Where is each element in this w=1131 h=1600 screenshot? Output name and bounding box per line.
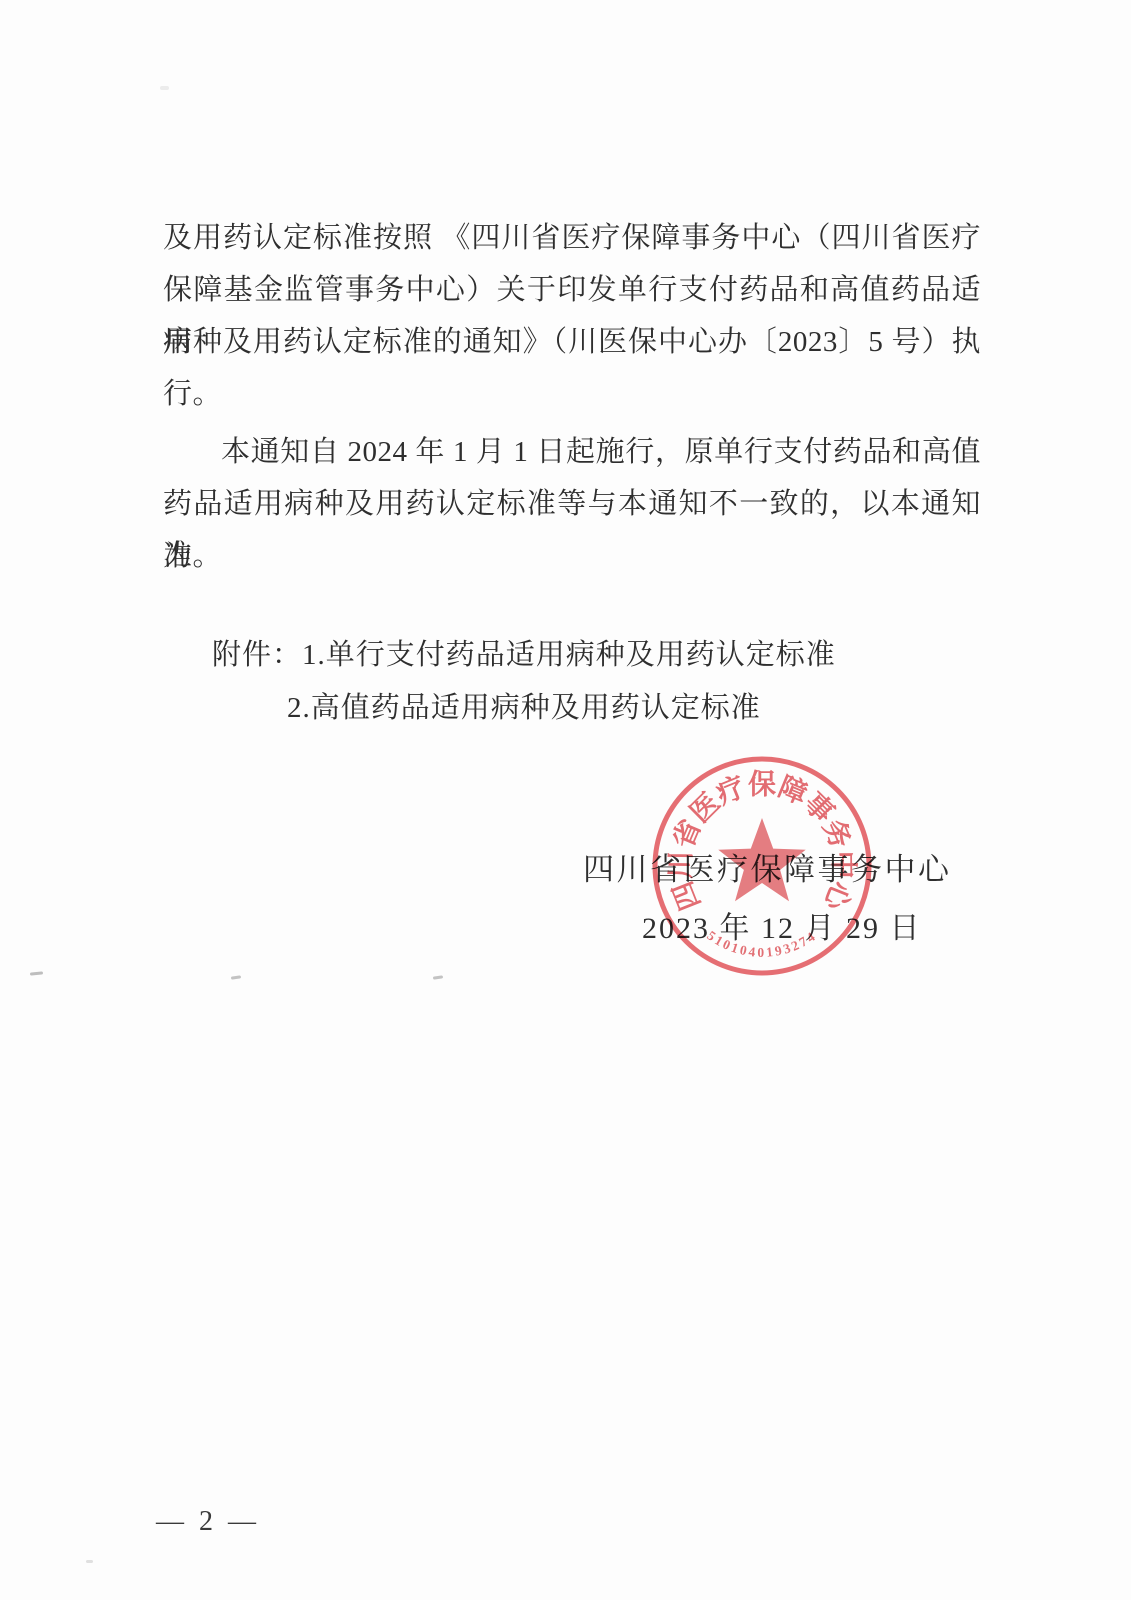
paragraph-line: 行。 <box>163 368 981 420</box>
document-page: 及用药认定标准按照 《四川省医疗保障事务中心（四川省医疗 保障基金监管事务中心）… <box>0 0 1131 1600</box>
paragraph-line: 及用药认定标准按照 《四川省医疗保障事务中心（四川省医疗 <box>163 212 981 264</box>
page-number: — 2 — <box>156 1506 260 1538</box>
scan-artifact <box>160 86 169 90</box>
scan-artifact <box>231 975 241 979</box>
seal-serial-number: 5101040193274 <box>704 928 819 960</box>
svg-text:5101040193274: 5101040193274 <box>704 928 819 960</box>
scan-artifact <box>86 1560 93 1563</box>
scan-artifact <box>433 975 443 979</box>
official-seal-stamp: 四川省医疗保障事务中心 5101040193274 <box>642 746 882 986</box>
star-icon <box>718 818 805 901</box>
attachment-line-2: 2.高值药品适用病种及用药认定标准 <box>287 686 761 730</box>
paragraph-2: 本通知自 2024 年 1 月 1 日起施行，原单行支付药品和高值 药品适用病种… <box>163 426 981 582</box>
paragraph-line: 病种及用药认定标准的通知》（川医保中心办〔2023〕5 号）执 <box>163 316 981 368</box>
attachment-line-1: 附件：1.单行支付药品适用病种及用药认定标准 <box>212 633 836 677</box>
scan-artifact <box>30 971 43 975</box>
paragraph-line: 保障基金监管事务中心）关于印发单行支付药品和高值药品适用 <box>163 264 981 316</box>
paragraph-line: 本通知自 2024 年 1 月 1 日起施行，原单行支付药品和高值 <box>163 426 981 478</box>
paragraph-1: 及用药认定标准按照 《四川省医疗保障事务中心（四川省医疗 保障基金监管事务中心）… <box>163 212 981 420</box>
paragraph-line: 药品适用病种及用药认定标准等与本通知不一致的，以本通知为 <box>163 478 981 530</box>
paragraph-line: 准。 <box>163 530 981 582</box>
